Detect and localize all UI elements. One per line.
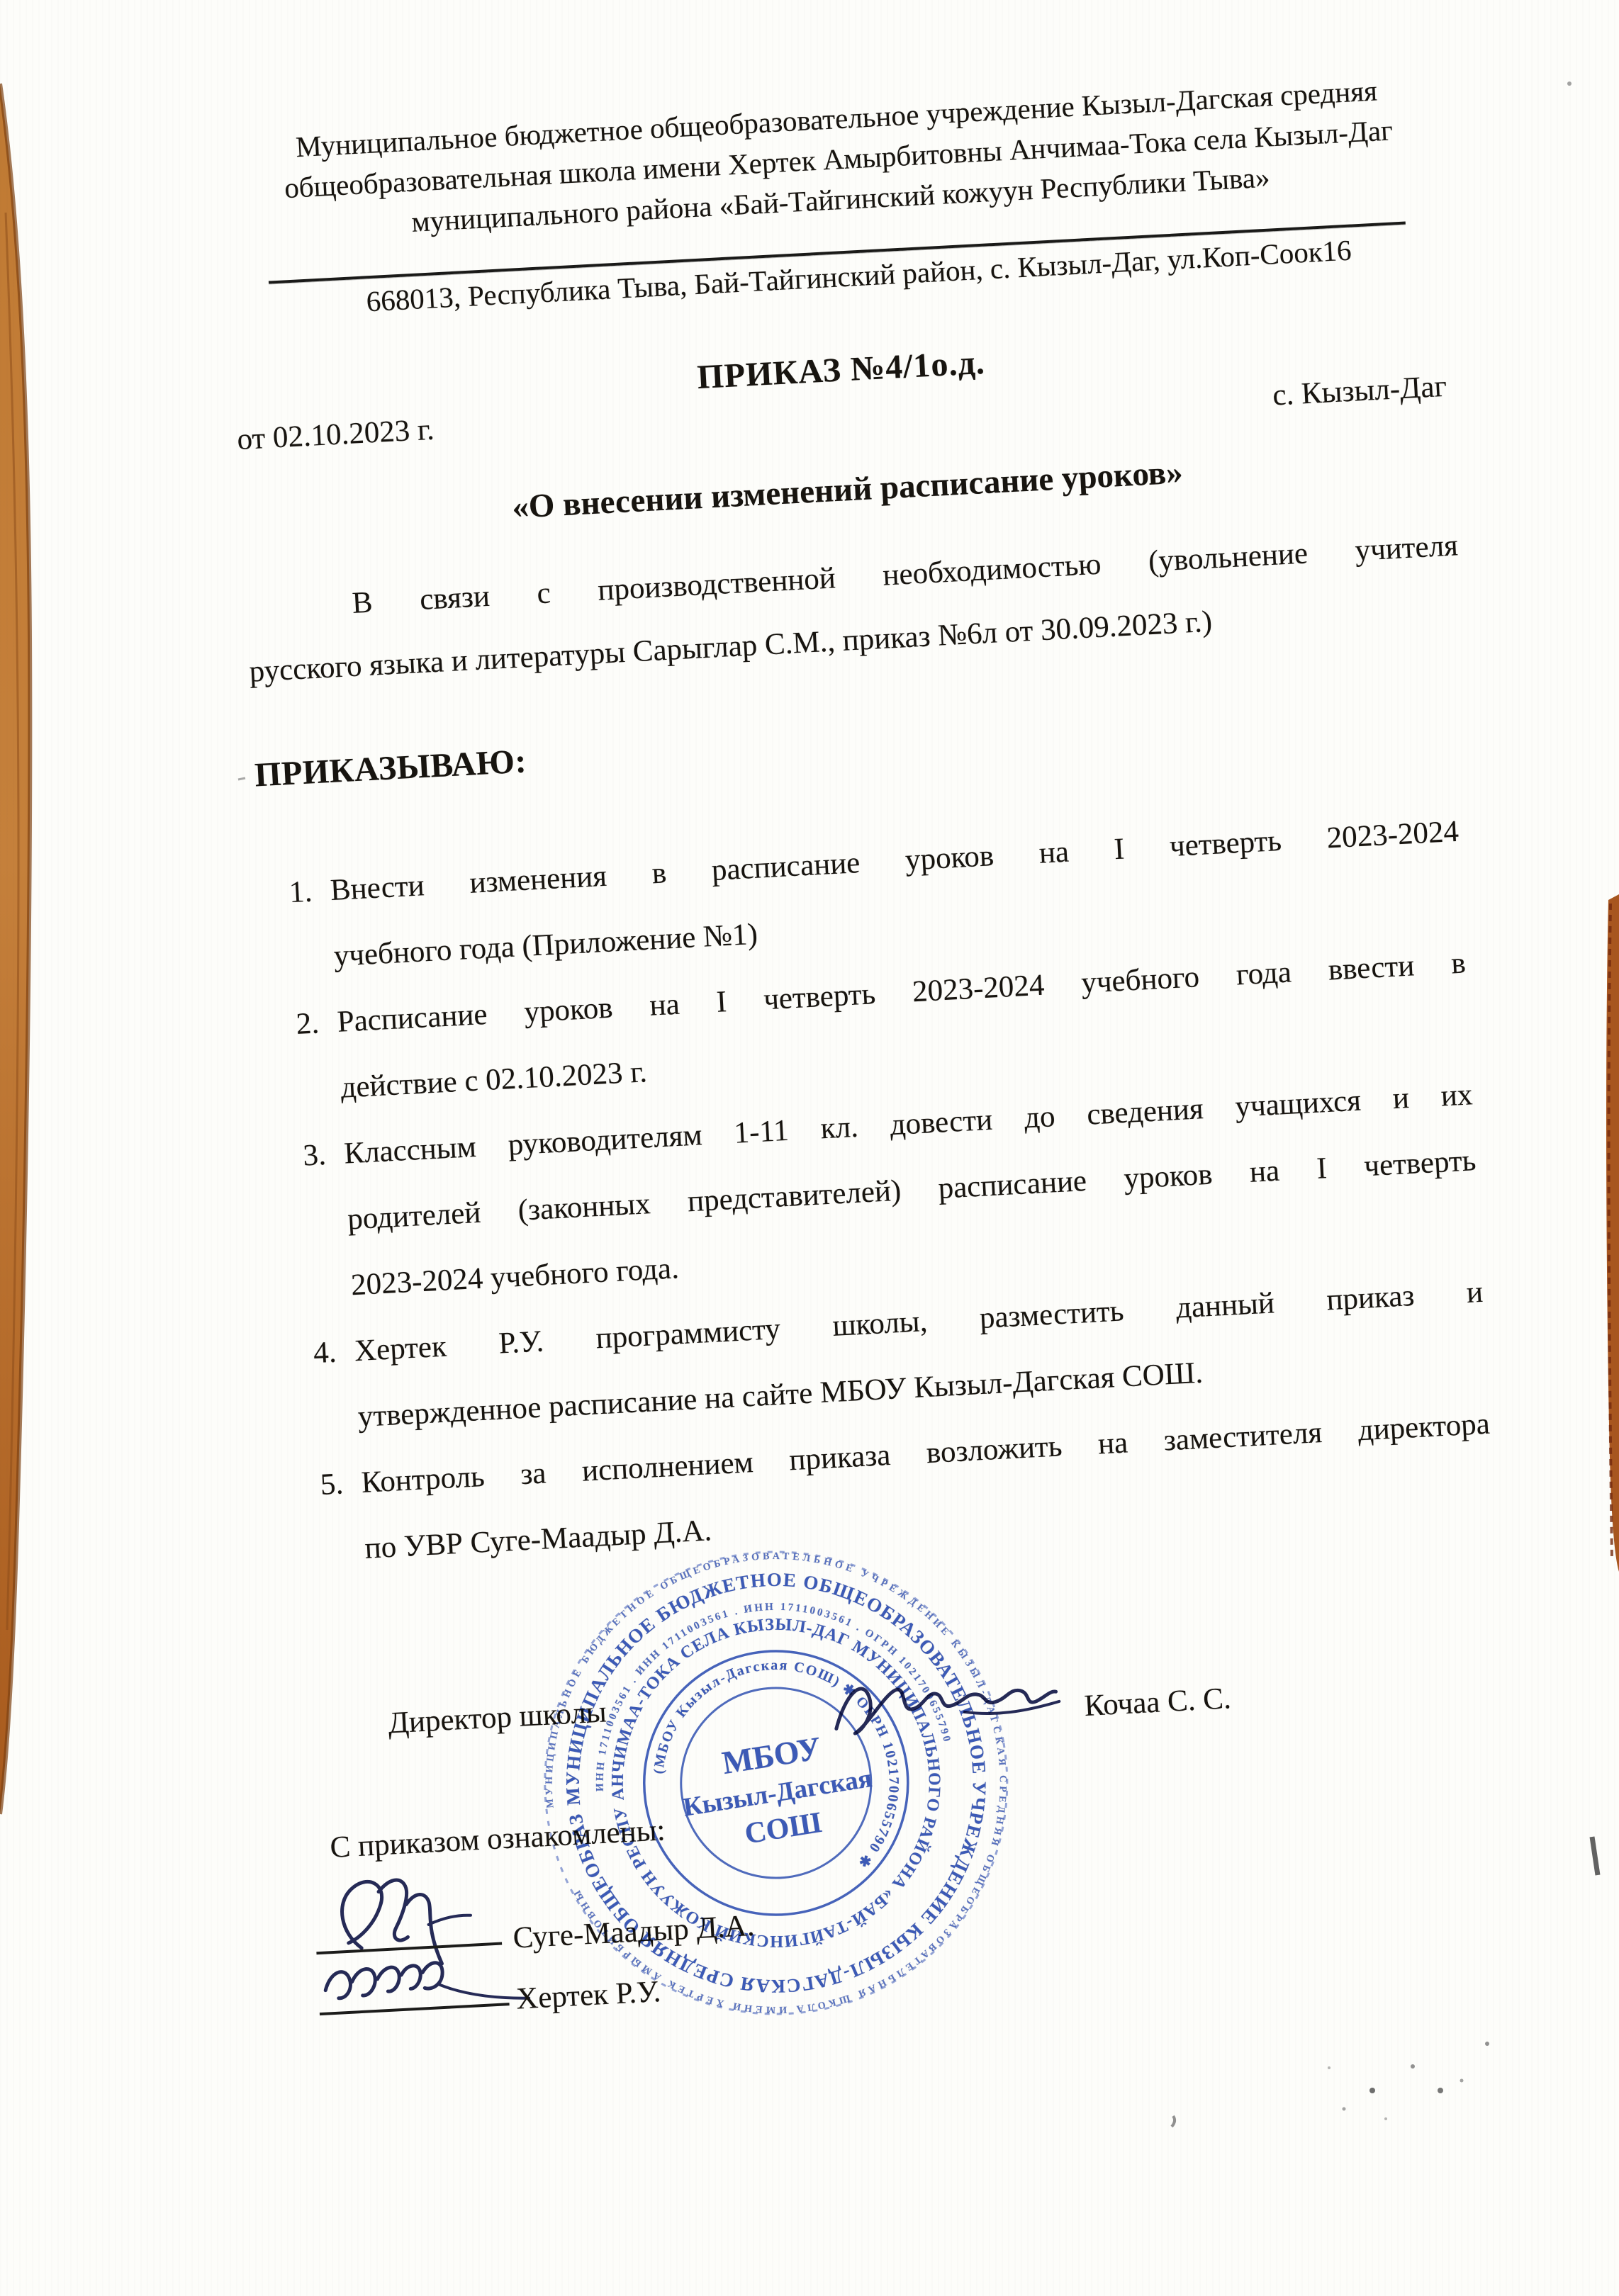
school-address: 668013, Республика Тыва, Бай-Тайгинский … — [252, 227, 1466, 325]
item-number: 2. — [294, 989, 339, 1057]
director-name: Кочаа С. С. — [1083, 1681, 1231, 1723]
item-number: 1. — [288, 857, 332, 925]
order-items-list: 1. Внести изменения в расписание уроков … — [259, 798, 1509, 1585]
letterhead: Муниципальное бюджетное общеобразователь… — [229, 60, 1447, 252]
order-date: от 02.10.2023 г. — [236, 412, 435, 467]
document-body: Муниципальное бюджетное общеобразователь… — [220, 60, 1536, 2102]
item-number: 3. — [301, 1121, 346, 1189]
ack-signature-2-icon — [315, 1925, 540, 2036]
desk-edge-right — [1606, 894, 1619, 1572]
resolution-word: ПРИКАЗЫВАЮ: — [254, 692, 1468, 795]
preamble: В связи с производственной необходимость… — [245, 514, 1463, 703]
stamp-center-line-3: СОШ — [742, 1806, 824, 1851]
order-place: с. Кызыл-Даг — [1271, 359, 1450, 413]
scanned-order-document: Муниципальное бюджетное общеобразователь… — [0, 0, 1619, 2296]
desk-edge-left — [0, 84, 30, 1814]
item-number: 5. — [318, 1450, 363, 1518]
signature-block: Директор школы Кочаа С. С. С приказом оз… — [297, 1521, 1536, 2102]
school-seal-stamp: МУНИЦИПАЛЬНОЕ БЮДЖЕТНОЕ ОБЩЕОБРАЗОВАТЕЛЬ… — [497, 1504, 1055, 2062]
item-number: 4. — [312, 1318, 357, 1386]
